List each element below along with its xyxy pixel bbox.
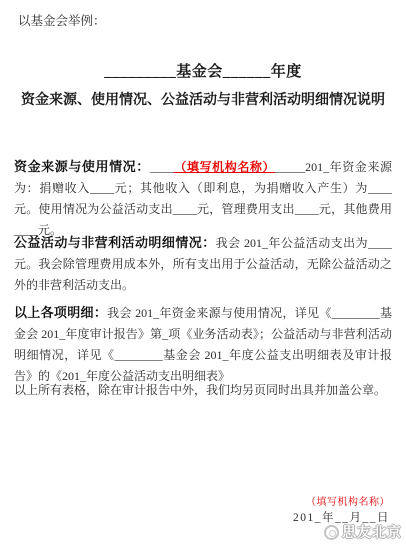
signature-org-placeholder: （填写机构名称） — [293, 493, 390, 508]
funding-heading: 资金来源与使用情况： — [14, 159, 150, 174]
details-paragraph: 以上各项明细：我会 201_年资金来源与使用情况，详见《________基金会 … — [14, 302, 392, 387]
funding-paragraph: 资金来源与使用情况：____（填写机构名称）_____201_年资金来源为：捐赠… — [14, 156, 392, 241]
activities-paragraph: 公益活动与非营利活动明细情况：我会 201_年公益活动支出为____元。我会除管… — [14, 232, 392, 296]
funding-org-placeholder: （填写机构名称） — [174, 160, 275, 174]
closing-paragraph: 以上所有表格，除在审计报告中外，我们均另页同时出具并加盖公章。 — [14, 380, 392, 401]
funding-blank: ____ — [150, 160, 174, 174]
details-heading: 以上各项明细： — [14, 305, 107, 320]
document-page: 以基金会举例： _________基金会______年度 资金来源、使用情况、公… — [0, 0, 406, 549]
watermark: 思友北京 — [324, 522, 402, 542]
document-subtitle: 资金来源、使用情况、公益活动与非营利活动明细情况说明 — [0, 89, 406, 109]
example-note: 以基金会举例： — [18, 11, 106, 29]
watermark-text: 思友北京 — [342, 522, 402, 542]
watermark-logo-icon — [324, 525, 339, 540]
activities-heading: 公益活动与非营利活动明细情况： — [14, 235, 216, 250]
closing-text: 以上所有表格，除在审计报告中外，我们均另页同时出具并加盖公章。 — [14, 383, 386, 397]
document-title: _________基金会______年度 — [0, 60, 406, 81]
signature-block: （填写机构名称） 201_年__月__日 — [293, 493, 390, 525]
